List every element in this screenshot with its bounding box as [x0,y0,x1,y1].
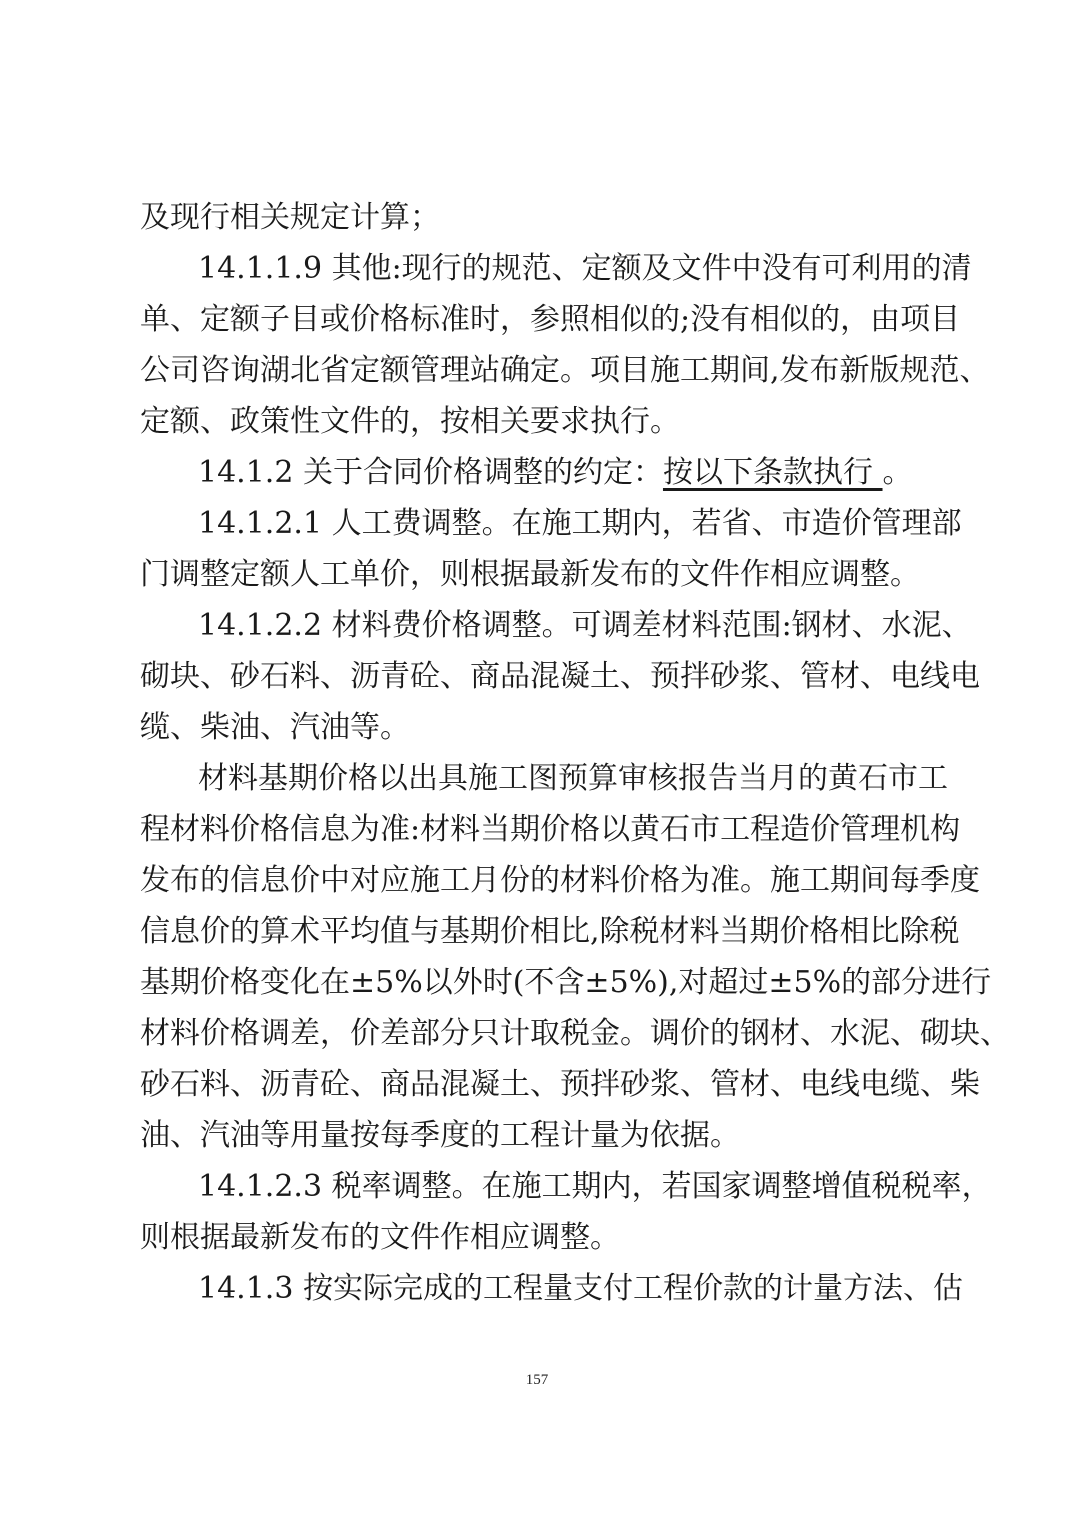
underlined-fill-in: 按以下条款执行 [663,455,883,490]
page-number: 157 [0,1372,1074,1389]
text-line: 14.1.1.9 其他:现行的规范、定额及文件中没有可利用的清 [140,243,936,294]
document-body: 及现行相关规定计算； 14.1.1.9 其他:现行的规范、定额及文件中没有可利用… [140,192,936,1314]
text-line: 缆、柴油、汽油等。 [140,702,936,753]
text-line: 砌块、砂石料、沥青砼、商品混凝土、预拌砂浆、管材、电线电 [140,651,936,702]
text-line: 14.1.2.1 人工费调整。在施工期内，若省、市造价管理部 [140,498,936,549]
text-line: 公司咨询湖北省定额管理站确定。项目施工期间,发布新版规范、 [140,345,936,396]
text-line: 14.1.2.3 税率调整。在施工期内，若国家调整增值税税率， [140,1161,936,1212]
text-line: 信息价的算术平均值与基期价相比,除税材料当期价格相比除税 [140,906,936,957]
text-line: 砂石料、沥青砼、商品混凝土、预拌砂浆、管材、电线电缆、柴 [140,1059,936,1110]
text-line: 定额、政策性文件的，按相关要求执行。 [140,396,936,447]
text-line: 程材料价格信息为准:材料当期价格以黄石市工程造价管理机构 [140,804,936,855]
text-line: 材料价格调差，价差部分只计取税金。调价的钢材、水泥、砌块、 [140,1008,936,1059]
text-line: 则根据最新发布的文件作相应调整。 [140,1212,936,1263]
text-line: 单、定额子目或价格标准时，参照相似的;没有相似的，由项目 [140,294,936,345]
text-line-contract-price-adjustment: 14.1.2 关于合同价格调整的约定：按以下条款执行 。 [140,447,936,498]
text-line: 材料基期价格以出具施工图预算审核报告当月的黄石市工 [140,753,936,804]
text-line: 及现行相关规定计算； [140,192,936,243]
text-line: 14.1.3 按实际完成的工程量支付工程价款的计量方法、估 [140,1263,936,1314]
text-line: 油、汽油等用量按每季度的工程计量为依据。 [140,1110,936,1161]
period: 。 [883,455,913,490]
text-line: 14.1.2.2 材料费价格调整。可调差材料范围:钢材、水泥、 [140,600,936,651]
text-line: 门调整定额人工单价，则根据最新发布的文件作相应调整。 [140,549,936,600]
text-line: 发布的信息价中对应施工月份的材料价格为准。施工期间每季度 [140,855,936,906]
text-line: 基期价格变化在±5%以外时(不含±5%),对超过±5%的部分进行 [140,957,936,1008]
clause-heading: 14.1.2 关于合同价格调整的约定： [198,455,663,490]
